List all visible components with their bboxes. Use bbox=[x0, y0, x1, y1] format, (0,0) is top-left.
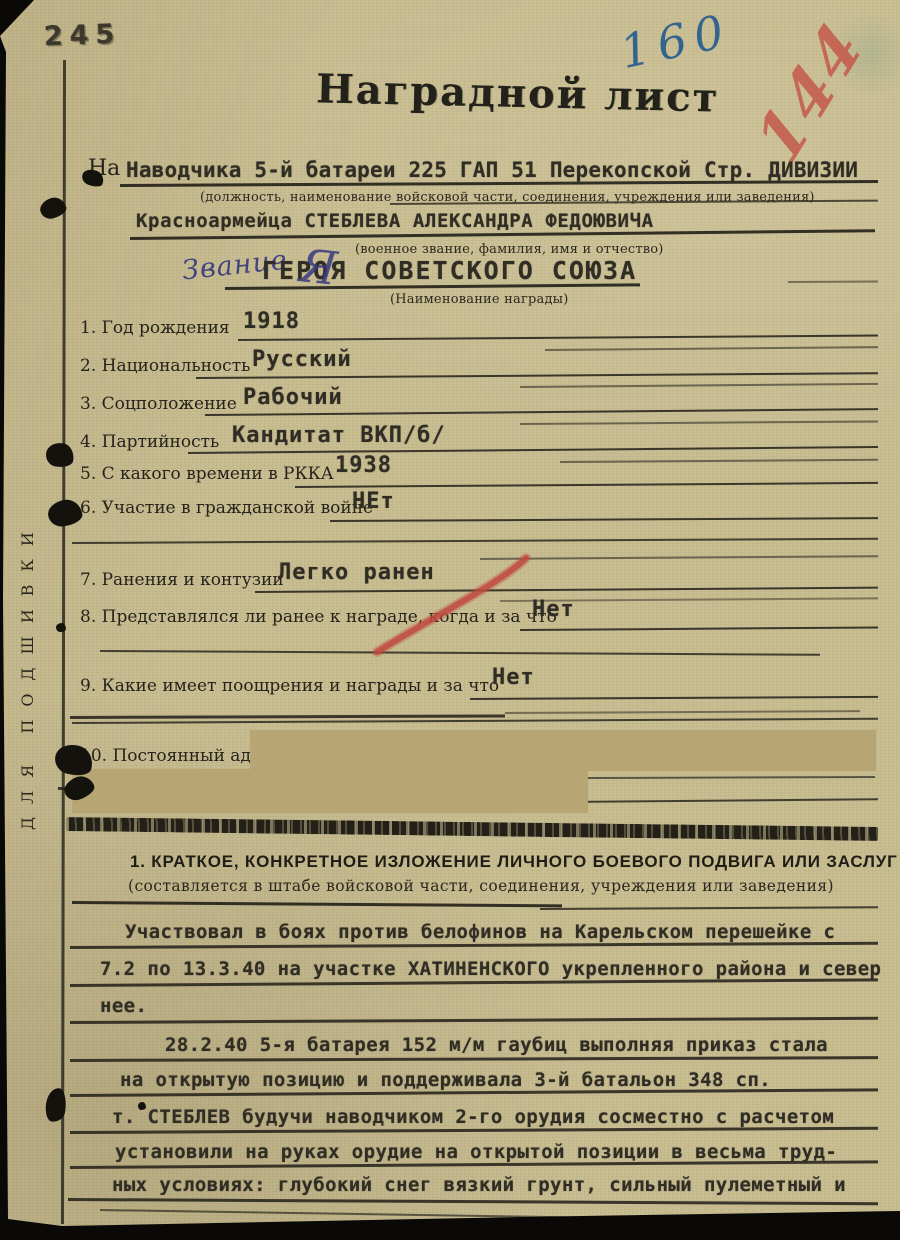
ink-blot bbox=[46, 498, 83, 528]
ink-blot bbox=[38, 195, 68, 221]
ink-blot bbox=[56, 623, 66, 632]
ink-blot bbox=[61, 773, 97, 804]
ink-blot bbox=[52, 741, 96, 780]
ink-blot bbox=[44, 1087, 69, 1123]
ink-blot bbox=[44, 441, 76, 469]
ink-blots-layer bbox=[0, 0, 900, 1240]
ink-blot bbox=[80, 167, 106, 190]
document-paper: 245 160 144 Наградной лист На Наводчика … bbox=[0, 0, 900, 1240]
ink-blot bbox=[138, 1102, 146, 1110]
